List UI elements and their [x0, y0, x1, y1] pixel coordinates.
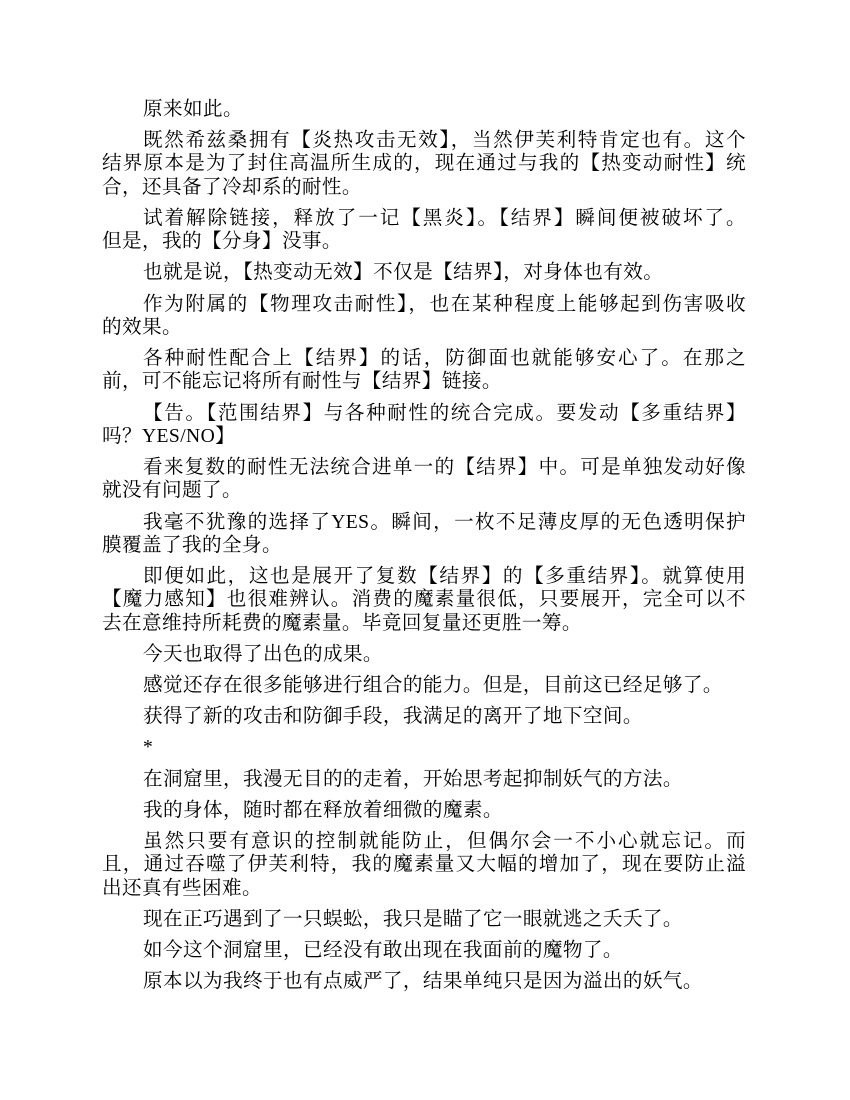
text-line: 【告。【范围结界】与各种耐性的统合完成。要发动【多重结界】	[102, 402, 746, 425]
text-line: 原本以为我终于也有点威严了，结果单纯只是因为溢出的妖气。	[102, 970, 746, 993]
paragraph: 即便如此，这也是展开了复数【结界】的【多重结界】。就算使用 【魔力感知】也很难辨…	[102, 565, 746, 635]
text-line: 前，可不能忘记将所有耐性与【结界】链接。	[102, 370, 746, 393]
paragraph: 获得了新的攻击和防御手段，我满足的离开了地下空间。	[102, 705, 746, 728]
paragraph: 原本以为我终于也有点威严了，结果单纯只是因为溢出的妖气。	[102, 970, 746, 993]
paragraph: 试着解除链接，释放了一记【黑炎】。【结界】瞬间便被破坏了。 但是，我的【分身】没…	[102, 207, 746, 254]
paragraph: 作为附属的【物理攻击耐性】，也在某种程度上能够起到伤害吸收 的效果。	[102, 293, 746, 340]
text-line: 我的身体，随时都在释放着细微的魔素。	[102, 799, 746, 822]
text-line: 现在正巧遇到了一只蜈蚣，我只是瞄了它一眼就逃之夭夭了。	[102, 908, 746, 931]
text-line: 即便如此，这也是展开了复数【结界】的【多重结界】。就算使用	[102, 565, 746, 588]
text-line: 但是，我的【分身】没事。	[102, 230, 746, 253]
text-line: 感觉还存在很多能够进行组合的能力。但是，目前这已经足够了。	[102, 674, 746, 697]
paragraph: 我毫不犹豫的选择了YES。瞬间，一枚不足薄皮厚的无色透明保护 膜覆盖了我的全身。	[102, 511, 746, 558]
text-line: 也就是说，【热变动无效】不仅是【结界】，对身体也有效。	[102, 261, 746, 284]
text-line: 如今这个洞窟里，已经没有敢出现在我面前的魔物了。	[102, 939, 746, 962]
text-line: 我毫不犹豫的选择了YES。瞬间，一枚不足薄皮厚的无色透明保护	[102, 511, 746, 534]
text-line: 在洞窟里，我漫无目的的走着，开始思考起抑制妖气的方法。	[102, 768, 746, 791]
paragraph: 各种耐性配合上【结界】的话，防御面也就能够安心了。在那之 前，可不能忘记将所有耐…	[102, 347, 746, 394]
text-line: 看来复数的耐性无法统合进单一的【结界】中。可是单独发动好像	[102, 456, 746, 479]
text-line: 各种耐性配合上【结界】的话，防御面也就能够安心了。在那之	[102, 347, 746, 370]
paragraph: 如今这个洞窟里，已经没有敢出现在我面前的魔物了。	[102, 939, 746, 962]
text-line: 【魔力感知】也很难辨认。消费的魔素量很低，只要展开，完全可以不	[102, 588, 746, 611]
paragraph: 看来复数的耐性无法统合进单一的【结界】中。可是单独发动好像 就没有问题了。	[102, 456, 746, 503]
paragraph: 感觉还存在很多能够进行组合的能力。但是，目前这已经足够了。	[102, 674, 746, 697]
text-line: 膜覆盖了我的全身。	[102, 534, 746, 557]
text-line: 就没有问题了。	[102, 479, 746, 502]
paragraph: 在洞窟里，我漫无目的的走着，开始思考起抑制妖气的方法。	[102, 768, 746, 791]
paragraph: 我的身体，随时都在释放着细微的魔素。	[102, 799, 746, 822]
paragraph: 今天也取得了出色的成果。	[102, 643, 746, 666]
scene-break: *	[102, 736, 746, 759]
text-line: 且，通过吞噬了伊芙利特，我的魔素量又大幅的增加了，现在要防止溢	[102, 853, 746, 876]
paragraph: 现在正巧遇到了一只蜈蚣，我只是瞄了它一眼就逃之夭夭了。	[102, 908, 746, 931]
text-line: 作为附属的【物理攻击耐性】，也在某种程度上能够起到伤害吸收	[102, 293, 746, 316]
paragraph: 虽然只要有意识的控制就能防止，但偶尔会一不小心就忘记。而 且，通过吞噬了伊芙利特…	[102, 830, 746, 900]
text-line: 吗？YES/NO】	[102, 425, 746, 448]
text-line: 试着解除链接，释放了一记【黑炎】。【结界】瞬间便被破坏了。	[102, 207, 746, 230]
text-line: 合，还具备了冷却系的耐性。	[102, 176, 746, 199]
paragraph: 既然希兹桑拥有【炎热攻击无效】，当然伊芙利特肯定也有。这个 结界原本是为了封住高…	[102, 129, 746, 199]
document-page: 原来如此。 既然希兹桑拥有【炎热攻击无效】，当然伊芙利特肯定也有。这个 结界原本…	[102, 98, 746, 1001]
text-line: 原来如此。	[102, 98, 746, 121]
text-line: 获得了新的攻击和防御手段，我满足的离开了地下空间。	[102, 705, 746, 728]
text-line: 虽然只要有意识的控制就能防止，但偶尔会一不小心就忘记。而	[102, 830, 746, 853]
text-line: 出还真有些困难。	[102, 877, 746, 900]
text-line: 结界原本是为了封住高温所生成的，现在通过与我的【热变动耐性】统	[102, 152, 746, 175]
paragraph: 也就是说，【热变动无效】不仅是【结界】，对身体也有效。	[102, 261, 746, 284]
text-line: 今天也取得了出色的成果。	[102, 643, 746, 666]
paragraph: 原来如此。	[102, 98, 746, 121]
scene-break-asterisk: *	[102, 736, 746, 759]
text-line: 的效果。	[102, 316, 746, 339]
text-line: 去在意维持所耗费的魔素量。毕竟回复量还更胜一筹。	[102, 612, 746, 635]
paragraph: 【告。【范围结界】与各种耐性的统合完成。要发动【多重结界】 吗？YES/NO】	[102, 402, 746, 449]
text-line: 既然希兹桑拥有【炎热攻击无效】，当然伊芙利特肯定也有。这个	[102, 129, 746, 152]
